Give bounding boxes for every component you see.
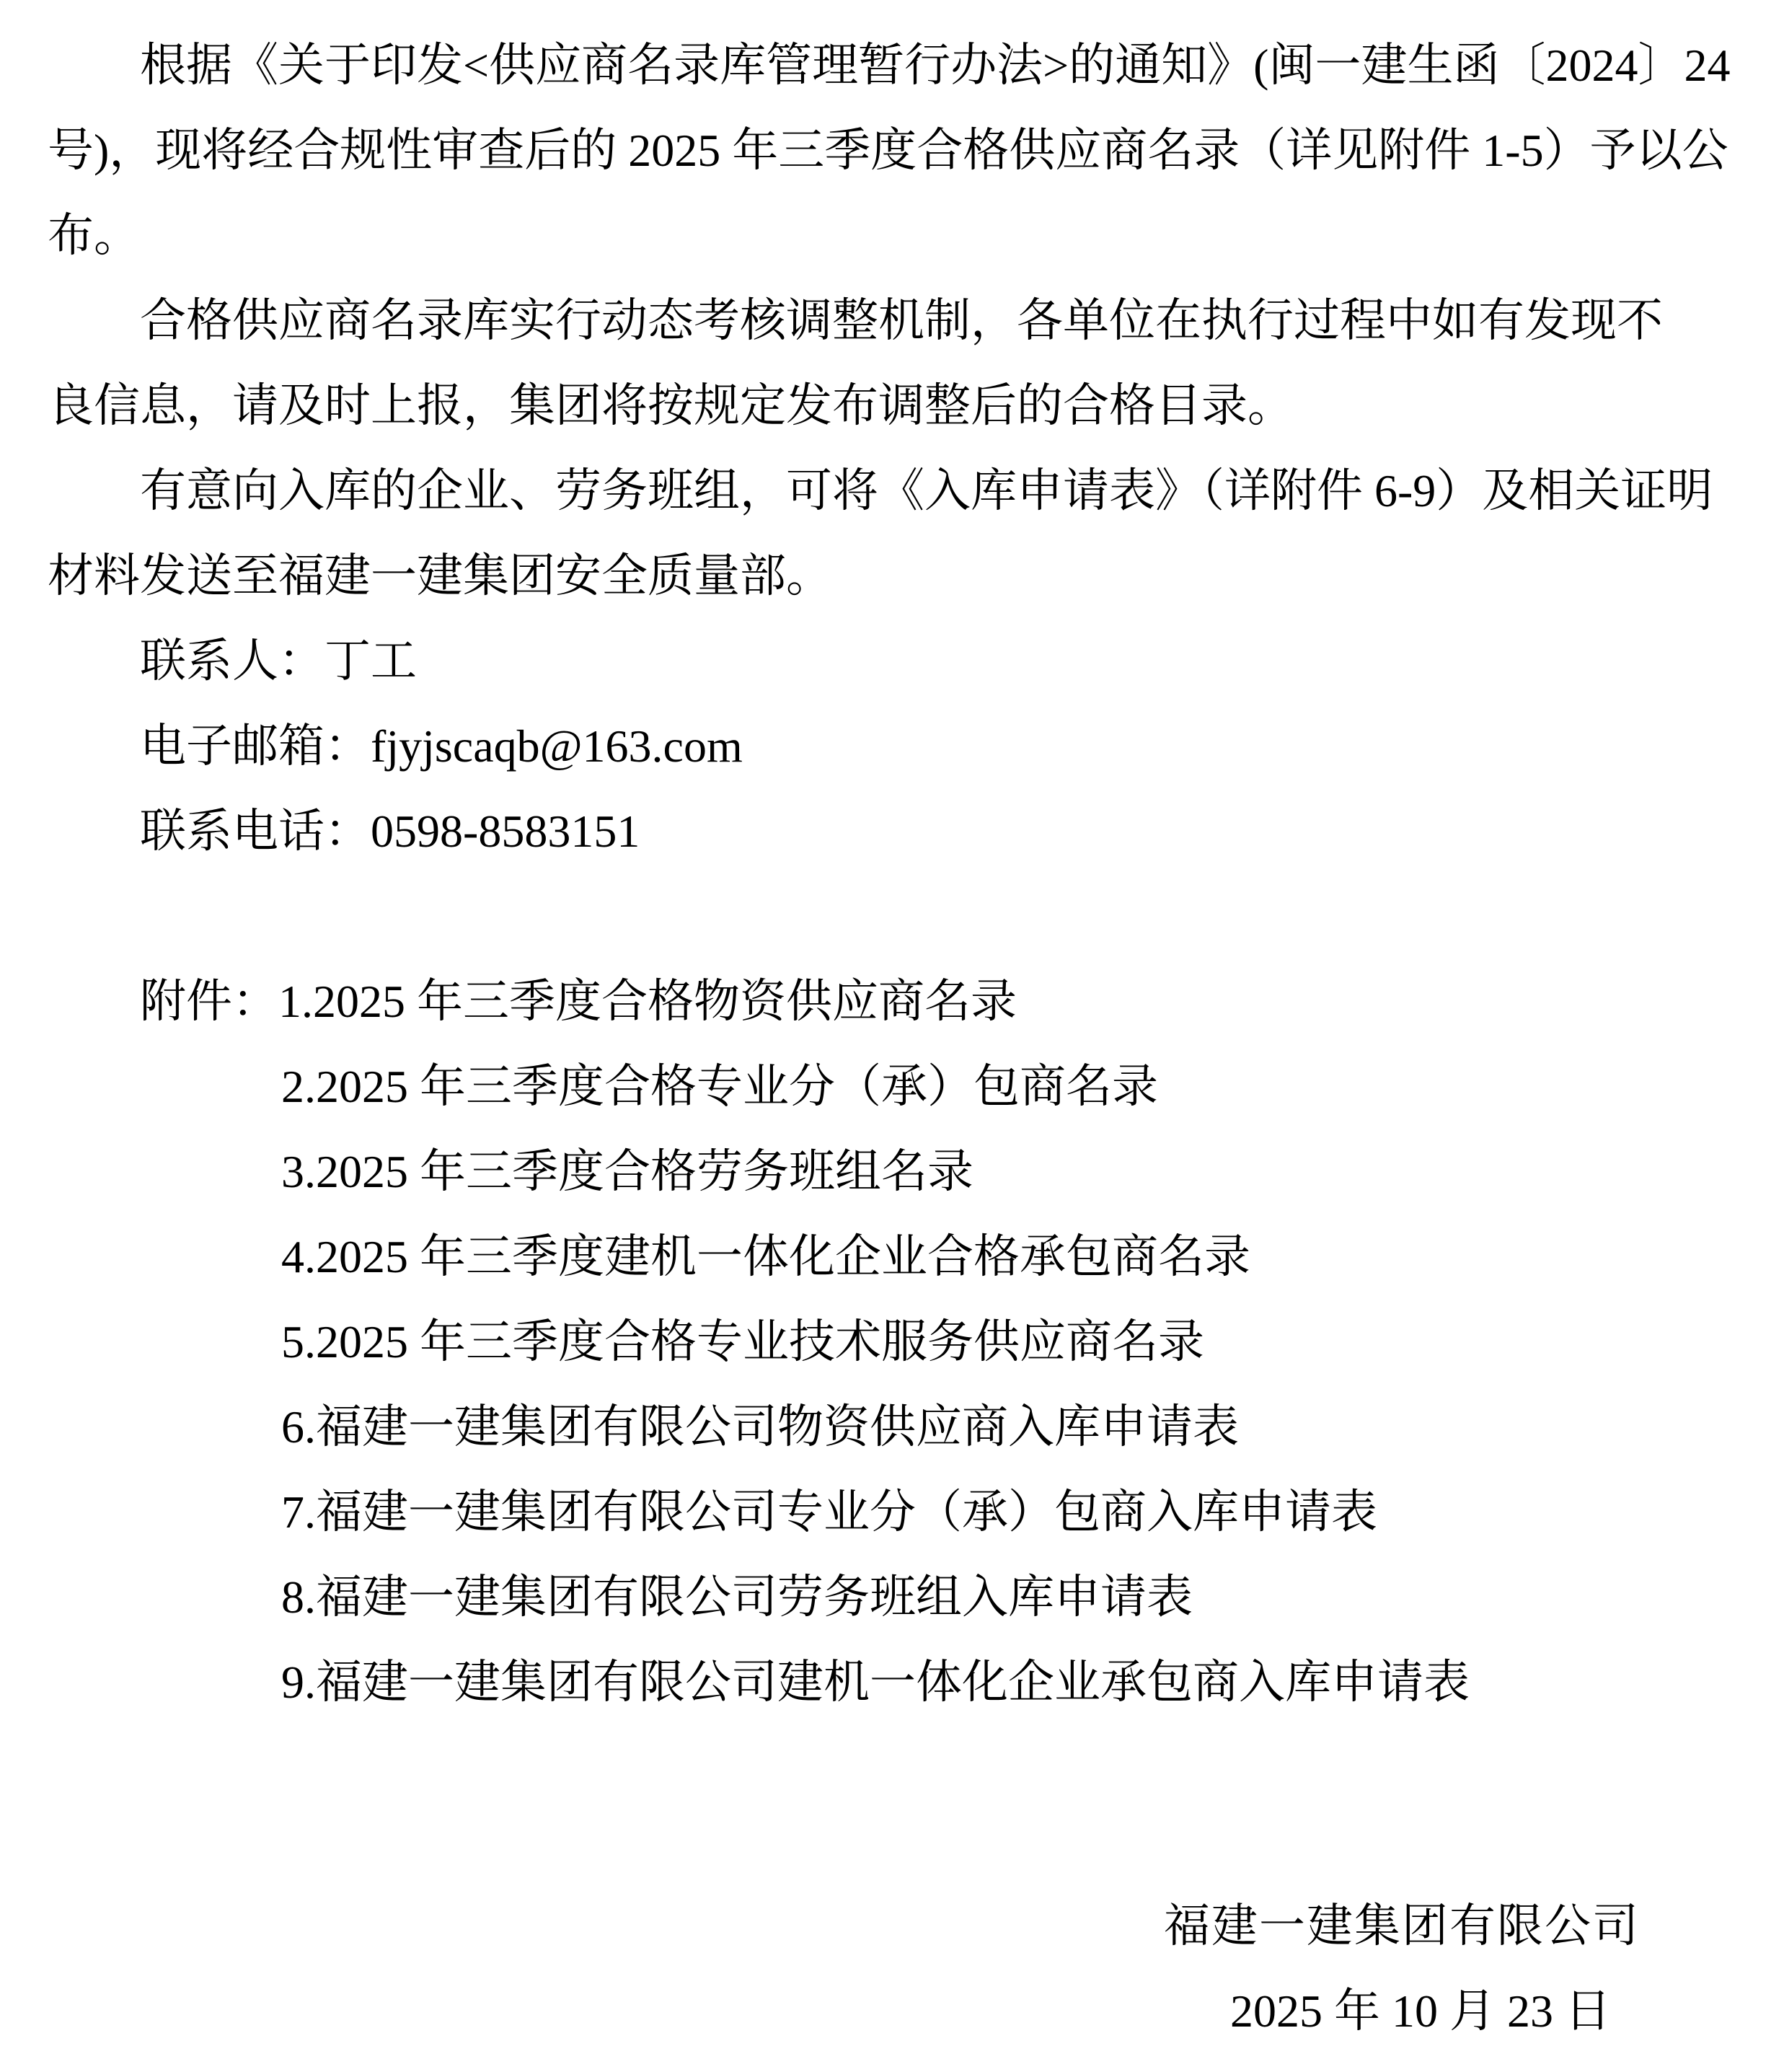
- contact-email-line: 电子邮箱：fjyjscaqb@163.com: [48, 704, 1734, 789]
- para3-line-2: 材料发送至福建一建集团安全质量部。: [48, 534, 1734, 619]
- para3-line-1: 有意向入库的企业、劳务班组，可将《入库申请表》（详附件 6-9）及相关证明: [48, 449, 1734, 534]
- para1-line-3: 布。: [48, 193, 1734, 278]
- document-page: 根据《关于印发<供应商名录库管理暂行办法>的通知》(闽一建生函〔2024〕24 …: [0, 0, 1784, 2072]
- contact-person-value: 丁工: [324, 635, 417, 687]
- attachment-item-7: 7.福建一建集团有限公司专业分（承）包商入库申请表: [48, 1470, 1734, 1555]
- attachment-item-8: 8.福建一建集团有限公司劳务班组入库申请表: [48, 1555, 1734, 1640]
- attachment-item-1: 1.2025 年三季度合格物资供应商名录: [278, 976, 1017, 1027]
- contact-phone-line: 联系电话：0598-8583151: [48, 789, 1734, 874]
- contact-email-label: 电子邮箱：: [140, 720, 371, 772]
- signature-date: 2025 年 10 月 23 日: [1230, 1969, 1734, 2054]
- contact-person-line: 联系人：丁工: [48, 619, 1734, 704]
- contact-phone-label: 联系电话：: [140, 806, 371, 857]
- para1-line-2: 号)，现将经合规性审查后的 2025 年三季度合格供应商名录（详见附件 1-5）…: [48, 108, 1734, 193]
- attachments-section: 附件：1.2025 年三季度合格物资供应商名录 2.2025 年三季度合格专业分…: [48, 959, 1734, 1725]
- para1-line-1: 根据《关于印发<供应商名录库管理暂行办法>的通知》(闽一建生函〔2024〕24: [48, 23, 1734, 108]
- attachments-label: 附件：: [140, 976, 278, 1027]
- contact-person-label: 联系人：: [140, 635, 324, 687]
- attachment-item-2: 2.2025 年三季度合格专业分（承）包商名录: [48, 1044, 1734, 1129]
- attachment-item-3: 3.2025 年三季度合格劳务班组名录: [48, 1129, 1734, 1214]
- contact-email-value: fjyjscaqb@163.com: [371, 720, 743, 772]
- para2-line-2: 良信息，请及时上报，集团将按规定发布调整后的合格目录。: [48, 363, 1734, 449]
- signature-company: 福建一建集团有限公司: [1164, 1884, 1734, 1969]
- contact-phone-value: 0598-8583151: [371, 806, 640, 857]
- para2-line-1: 合格供应商名录库实行动态考核调整机制，各单位在执行过程中如有发现不: [48, 278, 1734, 363]
- attachment-item-6: 6.福建一建集团有限公司物资供应商入库申请表: [48, 1385, 1734, 1470]
- attachment-item-9: 9.福建一建集团有限公司建机一体化企业承包商入库申请表: [48, 1640, 1734, 1725]
- signature-block: 福建一建集团有限公司 2025 年 10 月 23 日: [48, 1884, 1734, 2054]
- attachments-first-line: 附件：1.2025 年三季度合格物资供应商名录: [48, 959, 1734, 1044]
- attachment-item-4: 4.2025 年三季度建机一体化企业合格承包商名录: [48, 1214, 1734, 1300]
- attachment-item-5: 5.2025 年三季度合格专业技术服务供应商名录: [48, 1300, 1734, 1385]
